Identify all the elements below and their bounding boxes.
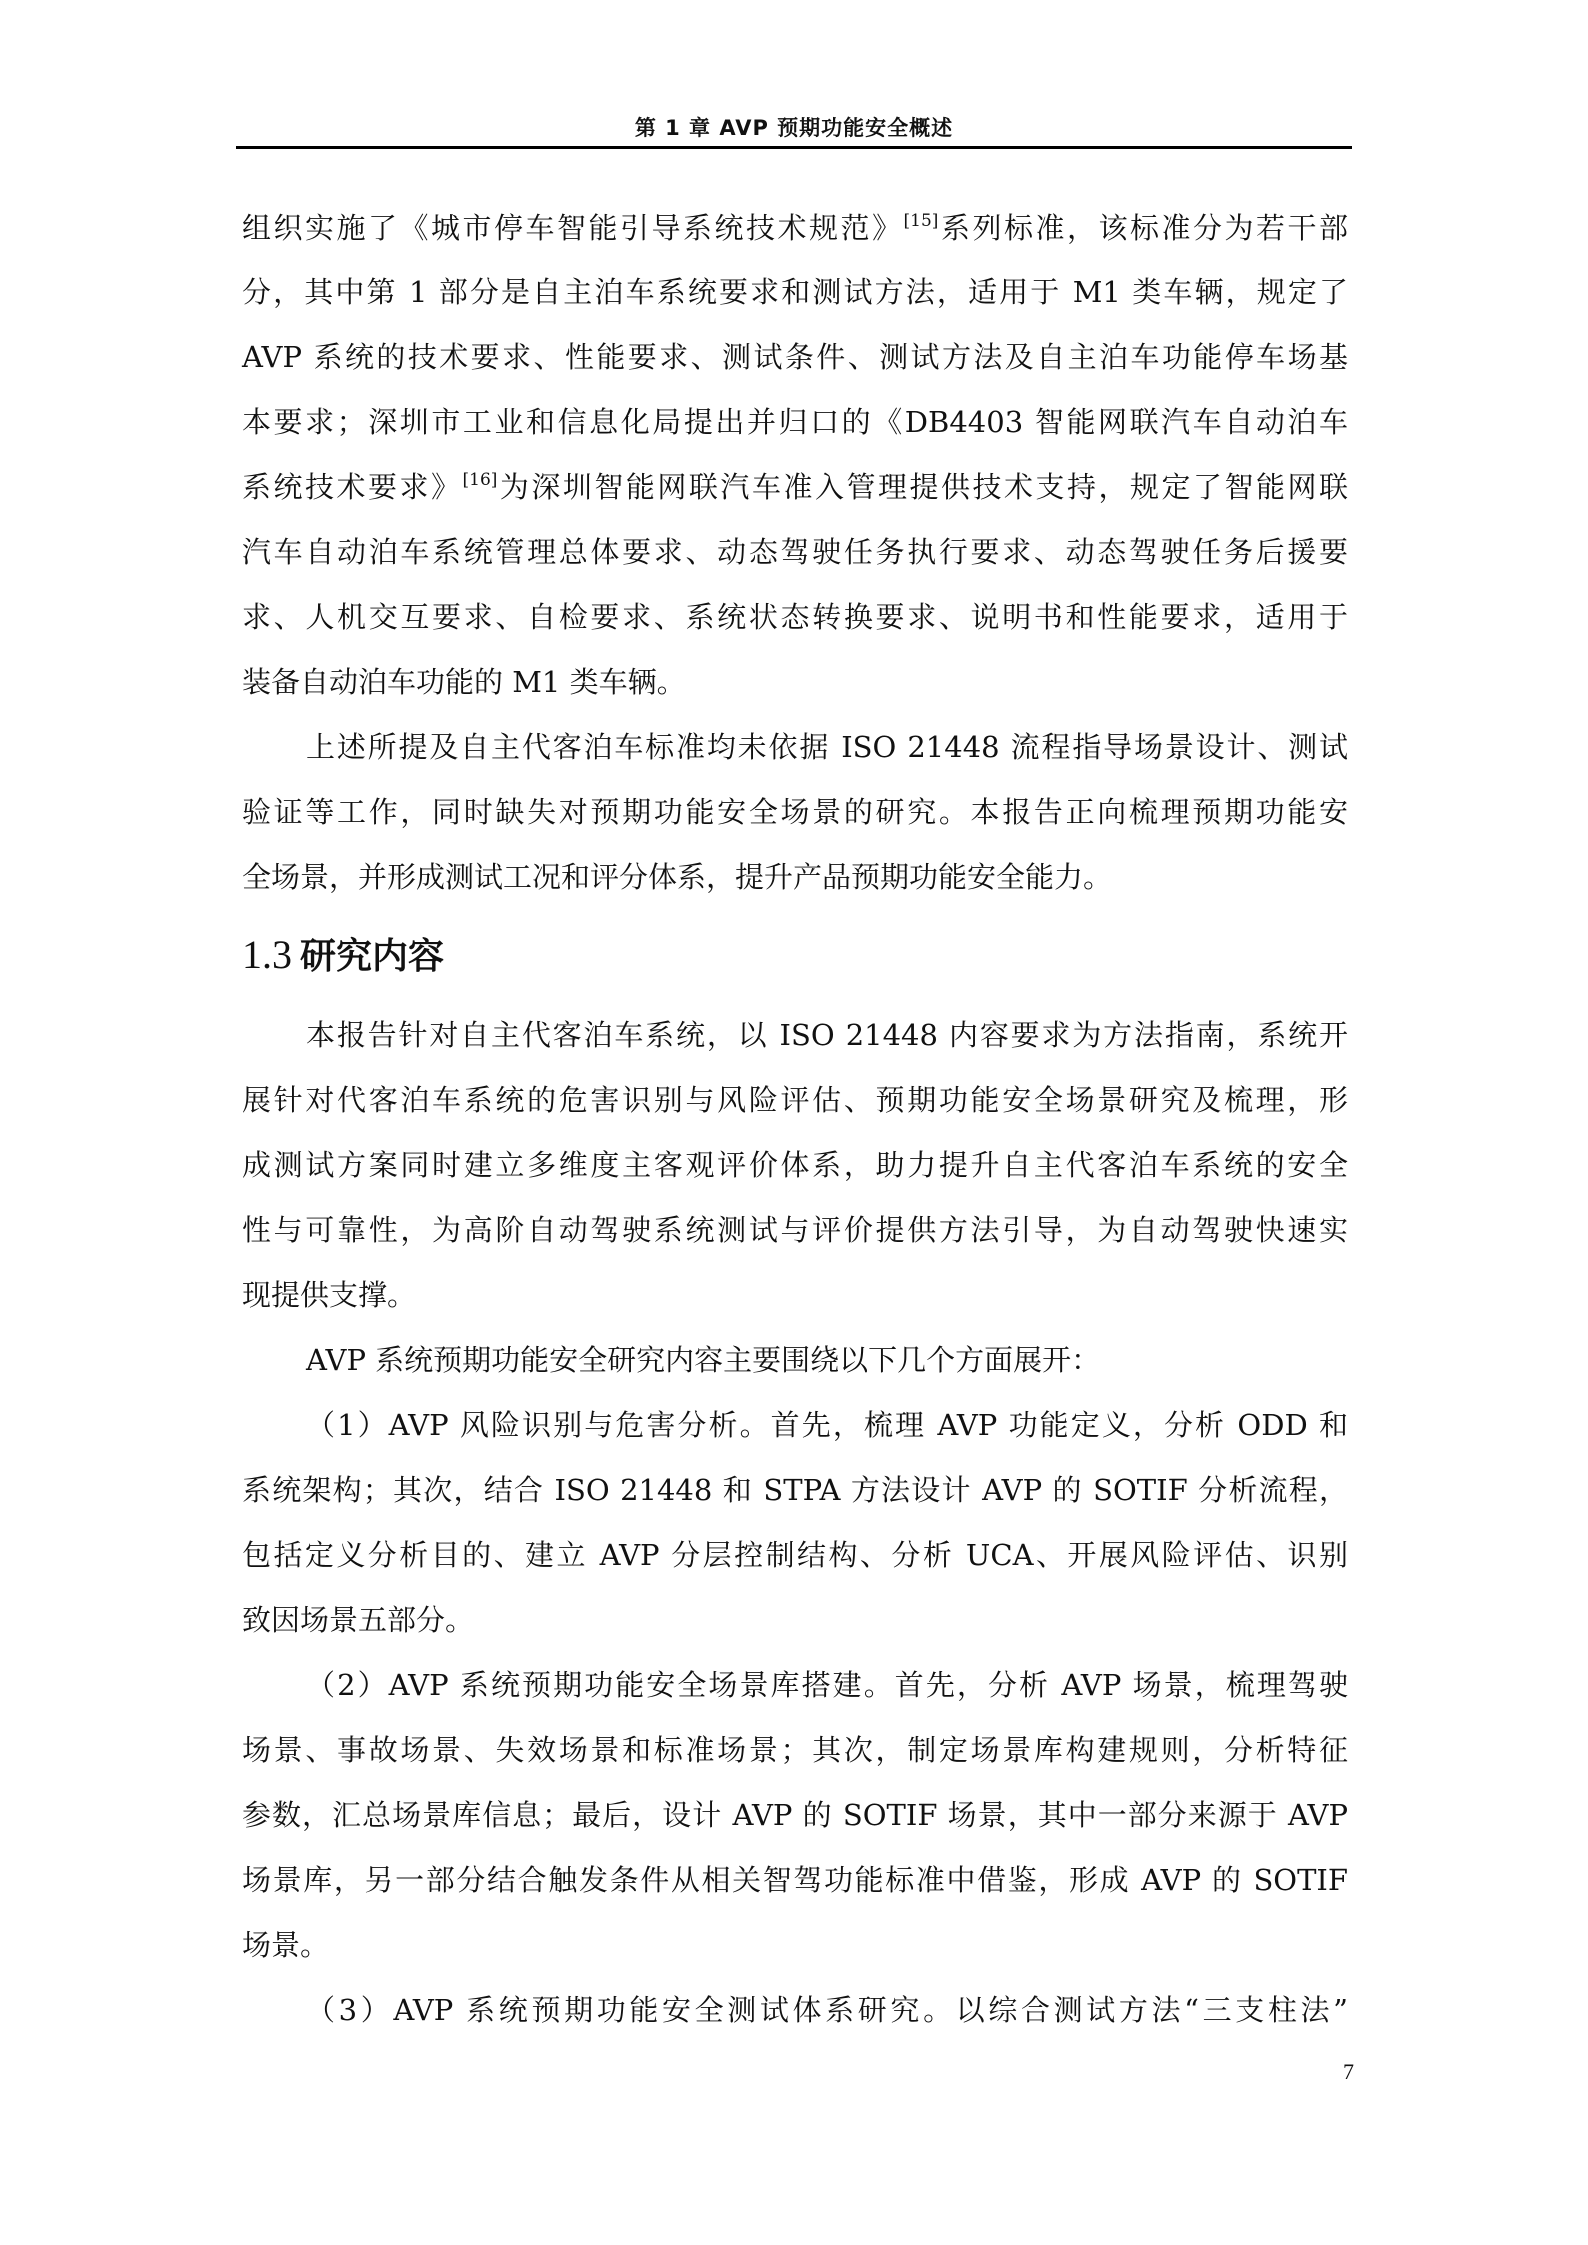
citation-16[interactable]: [16] <box>463 470 498 490</box>
paragraph-line: 全场景，并形成测试工况和评分体系，提升产品预期功能安全能力。 <box>242 857 1348 897</box>
paragraph-line: 现提供支撑。 <box>242 1275 1348 1315</box>
paragraph-line: AVP 系统的技术要求、性能要求、测试条件、测试方法及自主泊车功能停车场基 <box>242 337 1348 377</box>
paragraph-line: 分，其中第 1 部分是自主泊车系统要求和测试方法，适用于 M1 类车辆，规定了 <box>242 272 1348 312</box>
paragraph-line: 本报告针对自主代客泊车系统，以 ISO 21448 内容要求为方法指南，系统开 <box>306 1015 1348 1055</box>
page-number: 7 <box>1330 2058 1354 2086</box>
list-item-line: 包括定义分析目的、建立 AVP 分层控制结构、分析 UCA、开展风险评估、识别 <box>242 1535 1348 1575</box>
paragraph-line: 汽车自动泊车系统管理总体要求、动态驾驶任务执行要求、动态驾驶任务后援要 <box>242 532 1348 572</box>
list-item-line: （1）AVP 风险识别与危害分析。首先，梳理 AVP 功能定义，分析 ODD 和 <box>306 1405 1348 1445</box>
list-item-line: 场景库，另一部分结合触发条件从相关智驾功能标准中借鉴，形成 AVP 的 SOTI… <box>242 1860 1348 1900</box>
citation-15[interactable]: [15] <box>904 211 939 231</box>
paragraph-line: 性与可靠性，为高阶自动驾驶系统测试与评价提供方法引导，为自动驾驶快速实 <box>242 1210 1348 1250</box>
document-page: 第 1 章 AVP 预期功能安全概述 组织实施了《城市停车智能引导系统技术规范》… <box>0 0 1588 2245</box>
paragraph-line: 成测试方案同时建立多维度主客观评价体系，助力提升自主代客泊车系统的安全 <box>242 1145 1348 1185</box>
list-item-line: 场景、事故场景、失效场景和标准场景；其次，制定场景库构建规则，分析特征 <box>242 1730 1348 1770</box>
paragraph-line: 组织实施了《城市停车智能引导系统技术规范》[15]系列标准，该标准分为若干部 <box>242 208 1348 248</box>
paragraph-line: 验证等工作，同时缺失对预期功能安全场景的研究。本报告正向梳理预期功能安 <box>242 792 1348 832</box>
list-item-line: 参数，汇总场景库信息；最后，设计 AVP 的 SOTIF 场景，其中一部分来源于… <box>242 1795 1348 1835</box>
paragraph-line: AVP 系统预期功能安全研究内容主要围绕以下几个方面展开： <box>306 1340 1348 1380</box>
list-item-line: 场景。 <box>242 1925 1348 1965</box>
paragraph-line: 系统技术要求》[16]为深圳智能网联汽车准入管理提供技术支持，规定了智能网联 <box>242 467 1348 507</box>
paragraph-line: 求、人机交互要求、自检要求、系统状态转换要求、说明书和性能要求，适用于 <box>242 597 1348 637</box>
section-heading: 1.3研究内容 <box>242 930 444 980</box>
list-item-line: （3）AVP 系统预期功能安全测试体系研究。以综合测试方法“三支柱法” <box>306 1990 1348 2030</box>
list-item-line: 致因场景五部分。 <box>242 1600 1348 1640</box>
paragraph-line: 本要求；深圳市工业和信息化局提出并归口的《DB4403 智能网联汽车自动泊车 <box>242 402 1348 442</box>
paragraph-line: 展针对代客泊车系统的危害识别与风险评估、预期功能安全场景研究及梳理，形 <box>242 1080 1348 1120</box>
paragraph-line: 上述所提及自主代客泊车标准均未依据 ISO 21448 流程指导场景设计、测试 <box>306 727 1348 767</box>
list-item-line: （2）AVP 系统预期功能安全场景库搭建。首先，分析 AVP 场景，梳理驾驶 <box>306 1665 1348 1705</box>
list-item-line: 系统架构；其次，结合 ISO 21448 和 STPA 方法设计 AVP 的 S… <box>242 1470 1348 1510</box>
header-rule <box>236 146 1352 149</box>
running-header: 第 1 章 AVP 预期功能安全概述 <box>236 112 1352 144</box>
paragraph-line: 装备自动泊车功能的 M1 类车辆。 <box>242 662 1348 702</box>
